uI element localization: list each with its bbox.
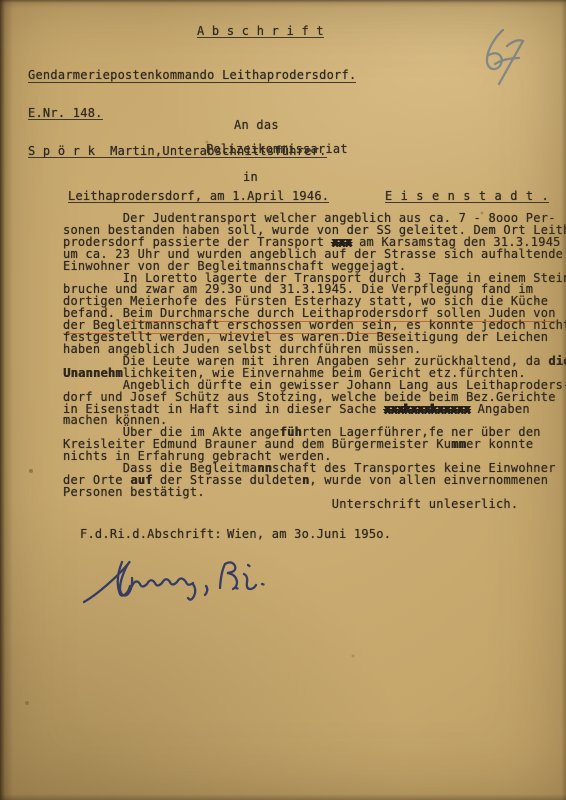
address-an-das: An das [234, 119, 279, 131]
signature-i [244, 574, 256, 589]
signature-knot [118, 562, 130, 596]
body-line: Unterschrift unleserlich. [63, 499, 566, 511]
signature-bumps [132, 579, 193, 587]
document-title-text: A b s c h r i f t [197, 25, 324, 38]
sender-block: Gendarmeriepostenkommando Leithaprodersd… [28, 45, 356, 182]
sender-line: E.Nr. 148. [28, 107, 356, 120]
place-date-line: Leithaprodersdorf, am 1.April 1946. [68, 190, 329, 203]
signature-i-dot [248, 565, 250, 566]
digit-7-stroke [499, 40, 523, 84]
signature-comma [205, 586, 207, 595]
signature-flourish [84, 562, 132, 602]
digit-7-crossbar [495, 58, 519, 64]
attestation-label: F.d.Ri.d.Abschrift: [80, 528, 222, 540]
sender-line: Gendarmeriepostenkommando Leithaprodersd… [28, 69, 356, 82]
signature-descender [188, 584, 195, 600]
document-title: A b s c h r i f t [197, 25, 324, 38]
scanned-document-page: A b s c h r i f t Gendarmeriepostenkomma… [0, 0, 566, 800]
signature-initial-r [220, 562, 237, 589]
paper-specks [0, 0, 2, 2]
digit-6-stroke [487, 30, 503, 69]
addressee-city: E i s e n s t a d t . [385, 190, 549, 203]
body-text: Der Judentransport welcher angeblich aus… [63, 213, 566, 511]
footer-place-date: Wien, am 3o.Juni 195o. [227, 528, 391, 540]
signature-scrawl [78, 548, 273, 620]
signature-period [262, 584, 264, 585]
signature-dot [236, 588, 238, 589]
handwritten-page-number [477, 26, 527, 90]
address-polizeikommissariat: Polizeikommissariat [206, 143, 348, 155]
address-in: in [243, 171, 258, 183]
